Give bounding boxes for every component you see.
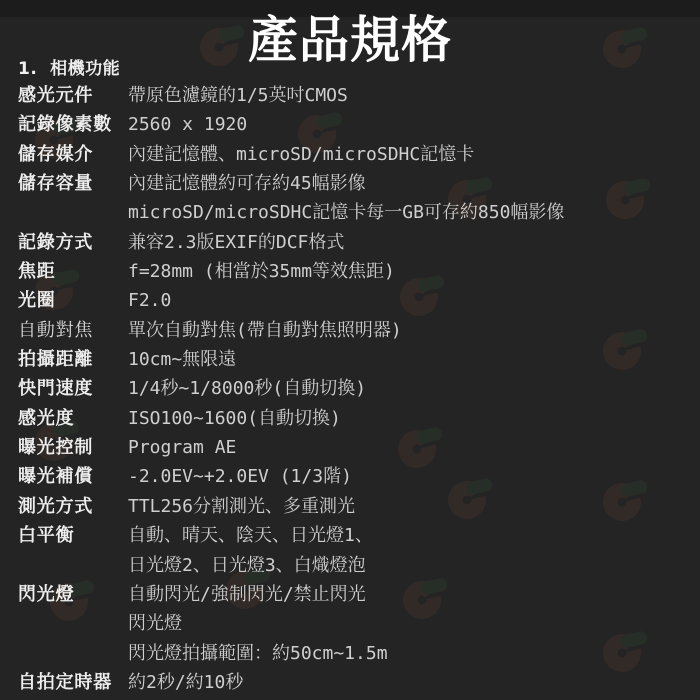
spec-value-line: ISO100~1600(自動切換): [128, 404, 700, 433]
spec-value: 內建記憶體、microSD/microSDHC記憶卡: [128, 140, 700, 169]
spec-value: 自動閃光/強制閃光/禁止閃光閃光燈閃光燈拍攝範圍：約50cm~1.5m: [128, 580, 700, 668]
spec-row: 閃光燈自動閃光/強制閃光/禁止閃光閃光燈閃光燈拍攝範圍：約50cm~1.5m: [0, 580, 700, 668]
spec-row: 拍攝距離10cm~無限遠: [0, 345, 700, 374]
spec-label: 自動對焦: [0, 316, 128, 345]
spec-label: 曝光控制: [0, 433, 128, 462]
spec-row: 記錄像素數2560 x 1920: [0, 110, 700, 139]
spec-value: Program AE: [128, 433, 700, 462]
spec-value: 10cm~無限遠: [128, 345, 700, 374]
spec-row: 快門速度1/4秒~1/8000秒(自動切換): [0, 374, 700, 403]
spec-value-line: Program AE: [128, 433, 700, 462]
spec-value: 內建記憶體約可存約45幅影像microSD/microSDHC記憶卡每一GB可存…: [128, 169, 700, 228]
spec-value-line: F2.0: [128, 286, 700, 315]
spec-value: 約2秒/約10秒: [128, 668, 700, 697]
spec-value-line: 兼容2.3版EXIF的DCF格式: [128, 228, 700, 257]
spec-label: 感光元件: [0, 81, 128, 110]
spec-row: 感光度ISO100~1600(自動切換): [0, 404, 700, 433]
spec-value: -2.0EV~+2.0EV (1/3階): [128, 462, 700, 491]
spec-row: 光圈F2.0: [0, 286, 700, 315]
spec-value: 兼容2.3版EXIF的DCF格式: [128, 228, 700, 257]
spec-value: 1/4秒~1/8000秒(自動切換): [128, 374, 700, 403]
spec-row: 儲存媒介內建記憶體、microSD/microSDHC記憶卡: [0, 140, 700, 169]
spec-value-line: 1/4秒~1/8000秒(自動切換): [128, 374, 700, 403]
section-header-camera-functions: 1. 相機功能: [18, 54, 120, 79]
spec-value: 自動、晴天、陰天、日光燈1、日光燈2、日光燈3、白熾燈泡: [128, 521, 700, 580]
spec-label: 測光方式: [0, 492, 128, 521]
spec-value-line: 自動閃光/強制閃光/禁止閃光: [128, 580, 700, 609]
spec-value: ISO100~1600(自動切換): [128, 404, 700, 433]
spec-value: F2.0: [128, 286, 700, 315]
spec-value-line: TTL256分割測光、多重測光: [128, 492, 700, 521]
spec-row: 自拍定時器約2秒/約10秒: [0, 668, 700, 697]
spec-label: 閃光燈: [0, 580, 128, 609]
spec-label: 快門速度: [0, 374, 128, 403]
spec-value-line: -2.0EV~+2.0EV (1/3階): [128, 462, 700, 491]
spec-row: 感光元件帶原色濾鏡的1/5英吋CMOS: [0, 81, 700, 110]
spec-label: 感光度: [0, 404, 128, 433]
spec-value-line: 閃光燈拍攝範圍：約50cm~1.5m: [128, 639, 700, 668]
spec-value-line: 10cm~無限遠: [128, 345, 700, 374]
spec-label: 記錄方式: [0, 228, 128, 257]
spec-label: 自拍定時器: [0, 668, 128, 697]
spec-row: 曝光控制Program AE: [0, 433, 700, 462]
spec-row: 測光方式TTL256分割測光、多重測光: [0, 492, 700, 521]
spec-label: 光圈: [0, 286, 128, 315]
spec-value-line: microSD/microSDHC記憶卡每一GB可存約850幅影像: [128, 198, 700, 227]
spec-value: 帶原色濾鏡的1/5英吋CMOS: [128, 81, 700, 110]
spec-value: TTL256分割測光、多重測光: [128, 492, 700, 521]
spec-value-line: 內建記憶體、microSD/microSDHC記憶卡: [128, 140, 700, 169]
spec-label: 焦距: [0, 257, 128, 286]
spec-value-line: f=28mm (相當於35mm等效焦距): [128, 257, 700, 286]
spec-row: 自動對焦單次自動對焦(帶自動對焦照明器): [0, 316, 700, 345]
spec-label: 拍攝距離: [0, 345, 128, 374]
spec-table: 感光元件帶原色濾鏡的1/5英吋CMOS記錄像素數2560 x 1920儲存媒介內…: [0, 81, 700, 697]
spec-row: 焦距f=28mm (相當於35mm等效焦距): [0, 257, 700, 286]
spec-label: 白平衡: [0, 521, 128, 550]
spec-label: 儲存容量: [0, 169, 128, 198]
spec-value-line: 內建記憶體約可存約45幅影像: [128, 169, 700, 198]
spec-value: 2560 x 1920: [128, 110, 700, 139]
spec-row: 白平衡自動、晴天、陰天、日光燈1、日光燈2、日光燈3、白熾燈泡: [0, 521, 700, 580]
spec-row: 記錄方式兼容2.3版EXIF的DCF格式: [0, 228, 700, 257]
spec-value-line: 帶原色濾鏡的1/5英吋CMOS: [128, 81, 700, 110]
spec-sheet-page: { "page": { "title": "產品規格", "section_he…: [0, 0, 700, 700]
spec-value-line: 日光燈2、日光燈3、白熾燈泡: [128, 551, 700, 580]
spec-label: 曝光補償: [0, 462, 128, 491]
spec-value-line: 約2秒/約10秒: [128, 668, 700, 697]
spec-value-line: 單次自動對焦(帶自動對焦照明器): [128, 316, 700, 345]
spec-label: 記錄像素數: [0, 110, 128, 139]
spec-value: 單次自動對焦(帶自動對焦照明器): [128, 316, 700, 345]
spec-row: 曝光補償-2.0EV~+2.0EV (1/3階): [0, 462, 700, 491]
spec-value-line: 閃光燈: [128, 609, 700, 638]
spec-label: 儲存媒介: [0, 140, 128, 169]
spec-value-line: 2560 x 1920: [128, 110, 700, 139]
spec-row: 儲存容量內建記憶體約可存約45幅影像microSD/microSDHC記憶卡每一…: [0, 169, 700, 228]
spec-value-line: 自動、晴天、陰天、日光燈1、: [128, 521, 700, 550]
spec-value: f=28mm (相當於35mm等效焦距): [128, 257, 700, 286]
